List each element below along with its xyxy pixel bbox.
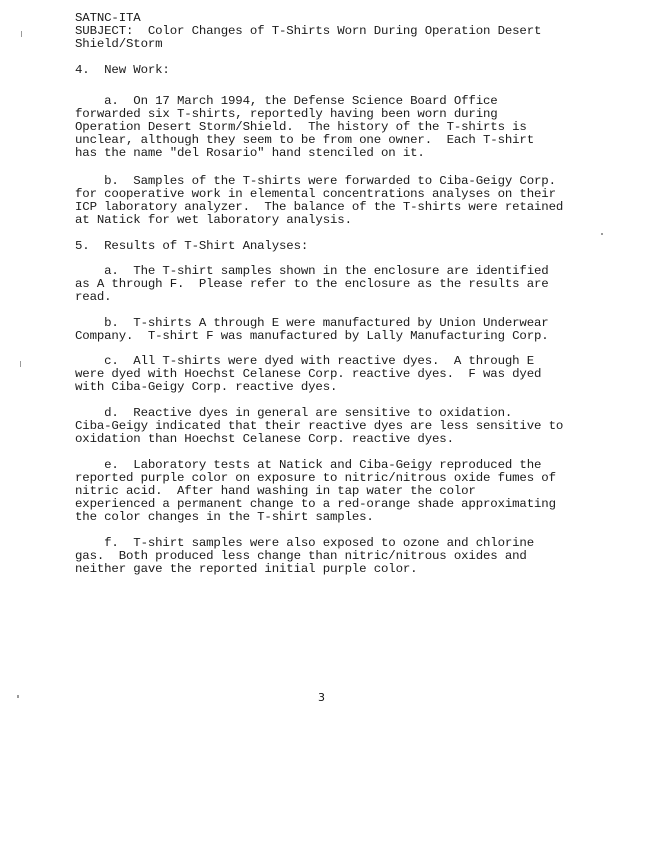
paragraph-line: unclear, although they seem to be from o… (75, 134, 534, 147)
margin-mark (21, 31, 22, 37)
paragraph-line: b. Samples of the T-shirts were forwarde… (75, 175, 556, 188)
subject-line: SUBJECT: Color Changes of T-Shirts Worn … (75, 25, 541, 38)
paragraph-line: a. The T-shirt samples shown in the encl… (75, 265, 549, 278)
office-symbol: SATNC-ITA (75, 12, 141, 25)
document-page: SATNC-ITA SUBJECT: Color Changes of T-Sh… (0, 0, 650, 848)
paragraph-line: reported purple color on exposure to nit… (75, 472, 556, 485)
paragraph-line: Company. T-shirt F was manufactured by L… (75, 330, 549, 343)
paragraph-line: read. (75, 291, 111, 304)
paragraph-line: Ciba-Geigy indicated that their reactive… (75, 420, 563, 433)
paragraph-line: Operation Desert Storm/Shield. The histo… (75, 121, 527, 134)
paragraph-line: c. All T-shirts were dyed with reactive … (75, 355, 534, 368)
paragraph-line: the color changes in the T-shirt samples… (75, 511, 374, 524)
paragraph-line: oxidation than Hoechst Celanese Corp. re… (75, 433, 454, 446)
paragraph-line: ICP laboratory analyzer. The balance of … (75, 201, 563, 214)
paragraph-line: nitric acid. After hand washing in tap w… (75, 485, 476, 498)
paragraph-line: d. Reactive dyes in general are sensitiv… (75, 407, 512, 420)
paragraph-line: b. T-shirts A through E were manufacture… (75, 317, 549, 330)
paragraph-line: e. Laboratory tests at Natick and Ciba-G… (75, 459, 541, 472)
paragraph-line: at Natick for wet laboratory analysis. (75, 214, 352, 227)
section-heading: 5. Results of T-Shirt Analyses: (75, 240, 308, 253)
paragraph-line: experienced a permanent change to a red-… (75, 498, 556, 511)
margin-mark (601, 233, 603, 235)
paragraph-line: were dyed with Hoechst Celanese Corp. re… (75, 368, 541, 381)
page-number: 3 (318, 692, 325, 705)
paragraph-line: for cooperative work in elemental concen… (75, 188, 556, 201)
paragraph-line: gas. Both produced less change than nitr… (75, 550, 527, 563)
paragraph-line: f. T-shirt samples were also exposed to … (75, 537, 534, 550)
margin-mark (20, 361, 21, 367)
paragraph-line: with Ciba-Geigy Corp. reactive dyes. (75, 381, 337, 394)
paragraph-line: as A through F. Please refer to the encl… (75, 278, 549, 291)
margin-mark (17, 695, 19, 698)
subject-line-cont: Shield/Storm (75, 38, 162, 51)
section-heading: 4. New Work: (75, 64, 170, 77)
paragraph-line: forwarded six T-shirts, reportedly havin… (75, 108, 498, 121)
paragraph-line: has the name "del Rosario" hand stencile… (75, 147, 425, 160)
paragraph-line: neither gave the reported initial purple… (75, 563, 417, 576)
paragraph-line: a. On 17 March 1994, the Defense Science… (75, 95, 498, 108)
